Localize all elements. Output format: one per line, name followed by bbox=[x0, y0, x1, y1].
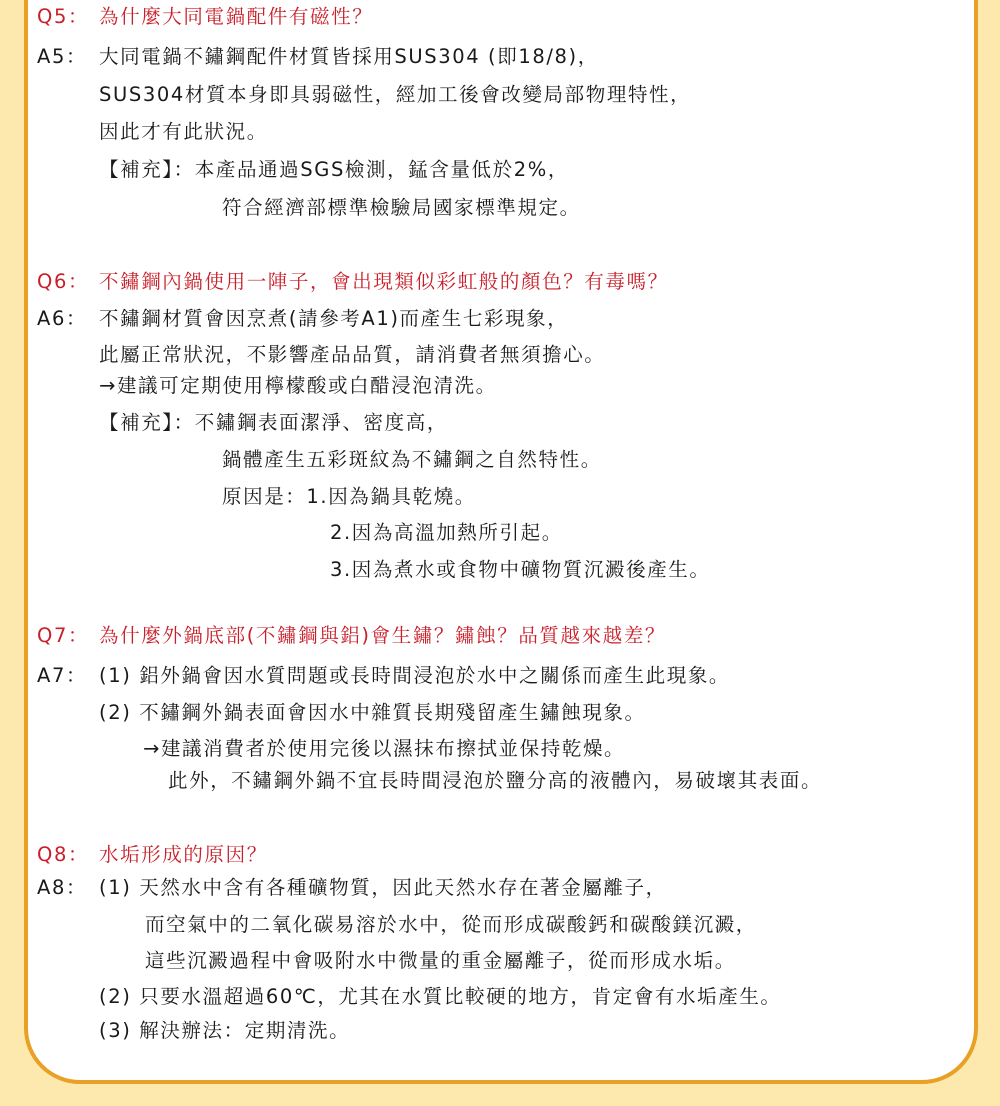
question-text: 不鏽鋼內鍋使用一陣子，會出現類似彩虹般的顏色？有毒嗎？ bbox=[99, 270, 669, 293]
answer-a6-reason-2: 2.因為高溫加熱所引起。 bbox=[330, 520, 563, 546]
answer-a8-line-1: A8：(1) 天然水中含有各種礦物質，因此天然水存在著金屬離子， bbox=[37, 875, 667, 901]
question-text: 為什麼外鍋底部(不鏽鋼與鋁)會生鏽？鏽蝕？品質越來越差？ bbox=[99, 624, 666, 647]
question-label: Q6： bbox=[37, 269, 99, 295]
answer-label: A8： bbox=[37, 875, 99, 901]
answer-a6-reason-3: 3.因為煮水或食物中礦物質沉澱後產生。 bbox=[330, 557, 711, 583]
answer-label: A5： bbox=[37, 44, 99, 70]
answer-a8-line-3: 這些沉澱過程中會吸附水中微量的重金屬離子，從而形成水垢。 bbox=[145, 948, 736, 974]
answer-a8-line-2: 而空氣中的二氧化碳易溶於水中，從而形成碳酸鈣和碳酸鎂沉澱， bbox=[145, 912, 757, 938]
answer-text: (1) 鋁外鍋會因水質問題或長時間浸泡於水中之關係而產生此現象。 bbox=[99, 664, 730, 687]
answer-a6-supplement: 【補充】：不鏽鋼表面潔淨、密度高， bbox=[99, 410, 448, 436]
answer-a5-supplement: 【補充】：本產品通過SGS檢測，錳含量低於2%， bbox=[99, 157, 569, 183]
answer-label: A6： bbox=[37, 306, 99, 332]
answer-a6-line-1: A6：不鏽鋼材質會因烹煮(請參考A1)而產生七彩現象， bbox=[37, 306, 568, 332]
answer-a6-line-2: 此屬正常狀況，不影響產品品質，請消費者無須擔心。 bbox=[99, 342, 605, 368]
answer-a5-line-1: A5：大同電鍋不鏽鋼配件材質皆採用SUS304 (即18/8)， bbox=[37, 44, 599, 70]
answer-text: 大同電鍋不鏽鋼配件材質皆採用SUS304 (即18/8)， bbox=[99, 45, 599, 68]
question-text: 為什麼大同電鍋配件有磁性？ bbox=[99, 5, 373, 28]
question-q6: Q6：不鏽鋼內鍋使用一陣子，會出現類似彩虹般的顏色？有毒嗎？ bbox=[37, 269, 669, 295]
answer-a6-supplement-2: 鍋體產生五彩斑紋為不鏽鋼之自然特性。 bbox=[222, 447, 602, 473]
question-text: 水垢形成的原因？ bbox=[99, 843, 268, 866]
question-q8: Q8：水垢形成的原因？ bbox=[37, 842, 268, 868]
answer-a6-reason-1: 原因是：1.因為鍋具乾燒。 bbox=[222, 484, 476, 510]
answer-a8-line-5: (3) 解決辦法：定期清洗。 bbox=[99, 1018, 350, 1044]
answer-text: 不鏽鋼材質會因烹煮(請參考A1)而產生七彩現象， bbox=[99, 307, 568, 330]
answer-a7-line-2: (2) 不鏽鋼外鍋表面會因水中雜質長期殘留產生鏽蝕現象。 bbox=[99, 700, 646, 726]
answer-a5-supplement-2: 符合經濟部標準檢驗局國家標準規定。 bbox=[222, 195, 581, 221]
question-q7: Q7：為什麼外鍋底部(不鏽鋼與鋁)會生鏽？鏽蝕？品質越來越差？ bbox=[37, 623, 666, 649]
question-q5: Q5：為什麼大同電鍋配件有磁性？ bbox=[37, 4, 373, 30]
answer-a5-line-3: 因此才有此狀況。 bbox=[99, 119, 268, 145]
answer-a8-line-4: (2) 只要水溫超過60℃，尤其在水質比較硬的地方，肯定會有水垢產生。 bbox=[99, 984, 782, 1010]
answer-a5-line-2: SUS304材質本身即具弱磁性，經加工後會改變局部物理特性， bbox=[99, 82, 691, 108]
answer-a7-line-1: A7：(1) 鋁外鍋會因水質問題或長時間浸泡於水中之關係而產生此現象。 bbox=[37, 663, 730, 689]
answer-label: A7： bbox=[37, 663, 99, 689]
question-label: Q5： bbox=[37, 4, 99, 30]
question-label: Q7： bbox=[37, 623, 99, 649]
answer-a7-line-3: →建議消費者於使用完後以濕抹布擦拭並保持乾燥。 bbox=[143, 736, 625, 762]
answer-a7-line-4: 此外，不鏽鋼外鍋不宜長時間浸泡於鹽分高的液體內，易破壞其表面。 bbox=[168, 768, 822, 794]
answer-text: (1) 天然水中含有各種礦物質，因此天然水存在著金屬離子， bbox=[99, 876, 667, 899]
question-label: Q8： bbox=[37, 842, 99, 868]
answer-a6-line-3: →建議可定期使用檸檬酸或白醋浸泡清洗。 bbox=[99, 373, 497, 399]
